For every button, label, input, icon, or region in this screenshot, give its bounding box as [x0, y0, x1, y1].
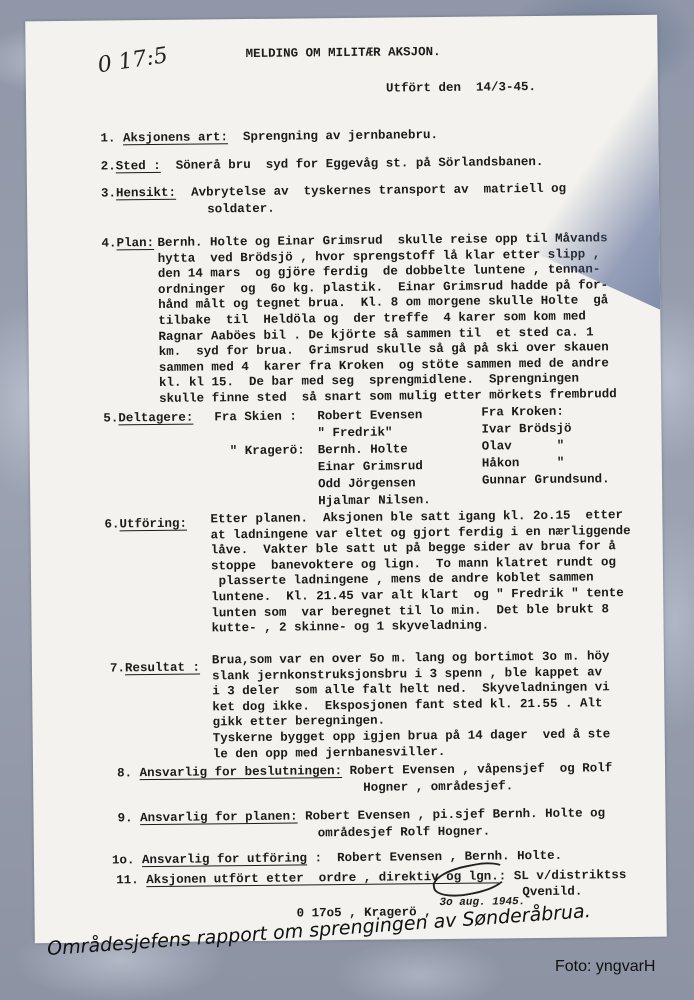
text-line: Hjalmar Nilsen. — [318, 492, 431, 510]
item-3-cont: soldater. — [207, 201, 275, 219]
text-line: Einar Grimsrud — [318, 458, 423, 476]
text-line: Odd Jörgensen — [318, 475, 416, 493]
item-2: 2.Sted : Sönerå bru syd for Eggevåg st. … — [101, 154, 544, 176]
from-kragero-label: " Kragerö: — [230, 442, 305, 460]
item-1: 1. Aksjonens art: Sprengning av jernbane… — [100, 127, 438, 148]
text-line: Olav " — [482, 438, 565, 456]
typewritten-report-page: 0 17:5 MELDING OM MILITÆR AKSJON. Utfört… — [25, 15, 667, 944]
text-line: Bernh. Holte — [318, 441, 408, 459]
text-line: Robert Evensen — [317, 407, 422, 425]
from-skien-label: Fra Skien : — [214, 409, 297, 427]
item-4-label: 4.Plan: — [101, 235, 154, 253]
date-line: Utfört den 14/3-45. — [386, 79, 536, 98]
text-line: le den opp med jernbanesviller. — [213, 744, 446, 763]
item-6-label: 6.Utföring: — [104, 516, 187, 534]
handwritten-reference: 0 17:5 — [96, 43, 169, 78]
from-kroken-label: Fra Kroken: — [481, 404, 564, 422]
item-11-cont: Qvenild. — [522, 884, 582, 902]
text-line: " Fredrik" — [317, 425, 392, 443]
text-line: kutte- , 2 skinne- og 1 skyveladning. — [211, 618, 489, 638]
item-5-label: 5.Deltagere: — [103, 410, 193, 428]
item-3: 3.Hensikt: Avbrytelse av tyskernes trans… — [101, 181, 566, 203]
photo-credit: Foto: yngvarH — [555, 958, 655, 976]
item-9-cont: områdesjef Rolf Hogner. — [318, 824, 491, 843]
text-line: Gunnar Grundsund. — [482, 471, 610, 489]
item-8-cont: Hogner , områdesjef. — [363, 778, 513, 797]
text-line: Håkon " — [482, 455, 565, 473]
item-7-label: 7.Resultat : — [110, 660, 200, 678]
text-line: Ivar Brödsjö — [481, 421, 571, 439]
text-line: ket dog ikke. Eksposjonen fant sted kl. … — [212, 695, 602, 716]
report-title: MELDING OM MILITÆR AKSJON. — [245, 44, 440, 63]
